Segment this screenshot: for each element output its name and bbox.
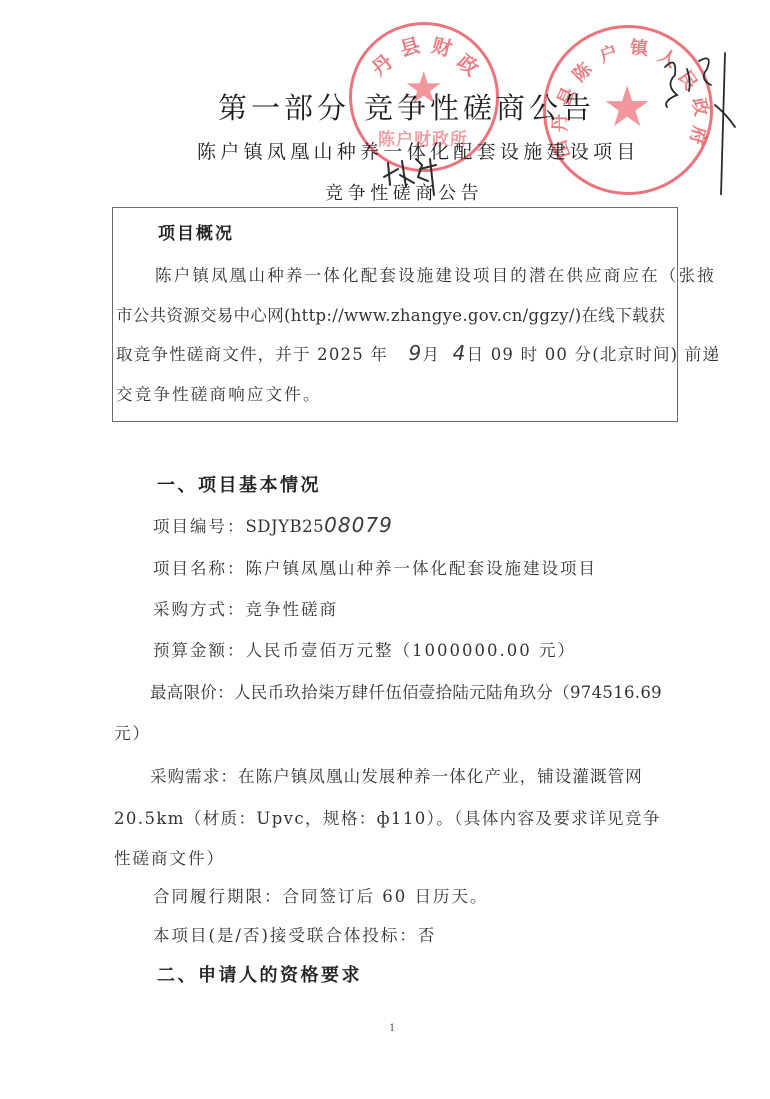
procurement-demand: 采购需求：在陈户镇凤凰山发展种养一体化产业，铺设灌溉管网	[150, 763, 643, 787]
project-number-label: 项目编号：	[153, 517, 246, 536]
overview-heading: 项目概况	[158, 219, 234, 244]
stamp-char: 财	[430, 35, 454, 59]
stamp-char: 人	[655, 47, 680, 72]
stamp-char: 民	[674, 68, 699, 93]
stamp-char: 县	[398, 35, 422, 59]
page-number: 1	[389, 1023, 395, 1034]
stamp-char: 丹	[368, 51, 396, 79]
stamp-char: 府	[686, 124, 708, 146]
stamp-char: 陈	[570, 60, 595, 85]
overview-line: 交竞争性磋商响应文件。	[116, 381, 322, 405]
max-price: 最高限价：人民币玖拾柒万肆仟伍佰壹拾陆元陆角玖分（974516.69	[150, 679, 662, 703]
project-number-handwritten: 08079	[324, 513, 393, 537]
section-heading-qualifications: 二、申请人的资格要求	[157, 961, 362, 987]
stamp-char: 户	[597, 43, 620, 66]
deadline-prefix: 取竞争性磋商文件，并于 2025 年	[116, 345, 388, 364]
section-heading-basic-info: 一、项目基本情况	[157, 471, 321, 497]
handwritten-month: 9	[409, 341, 423, 365]
stamp-char: 政	[689, 97, 710, 118]
handwritten-day: 4	[453, 341, 467, 365]
overview-line: 陈户镇凤凰山种养一体化配套设施建设项目的潜在供应商应在（张掖	[155, 262, 716, 286]
page-title: 第一部分竞争性磋商公告	[218, 86, 595, 127]
notice-subtitle: 竞争性磋商公告	[325, 179, 483, 205]
consortium-bidding: 本项目(是/否)接受联合体投标：否	[153, 922, 436, 946]
procurement-demand-cont: 性磋商文件）	[114, 845, 225, 869]
stamp-char: 镇	[629, 39, 649, 59]
star-icon: ★	[602, 80, 652, 136]
overview-line: 市公共资源交易中心网(http://www.zhangye.gov.cn/ggz…	[116, 302, 665, 326]
procurement-method: 采购方式：竞争性磋商	[153, 596, 338, 620]
project-number-printed: SDJYB25	[246, 517, 325, 536]
project-number: 项目编号：SDJYB2508079	[153, 513, 393, 537]
deadline-suffix: 日 09 时 00 分(北京时间) 前递	[467, 345, 721, 364]
month-unit: 月	[422, 345, 440, 364]
project-subtitle: 陈户镇凤凰山种养一体化配套设施建设项目	[197, 137, 640, 164]
project-name: 项目名称：陈户镇凤凰山种养一体化配套设施建设项目	[153, 555, 597, 579]
contract-period: 合同履行期限：合同签订后 60 日历天。	[153, 883, 489, 907]
stamp-char: 政	[454, 51, 482, 79]
title-part: 第一部分	[218, 91, 350, 125]
procurement-demand-cont: 20.5km（材质：Upvc，规格：ф110）。（具体内容及要求详见竞争	[114, 805, 661, 829]
max-price-cont: 元）	[114, 720, 151, 744]
title-main: 竞争性磋商公告	[364, 91, 595, 125]
budget-amount: 预算金额：人民币壹佰万元整（1000000.00 元）	[153, 637, 576, 661]
overview-line-deadline: 取竞争性磋商文件，并于 2025 年 9月 4日 09 时 00 分(北京时间)…	[116, 341, 720, 365]
